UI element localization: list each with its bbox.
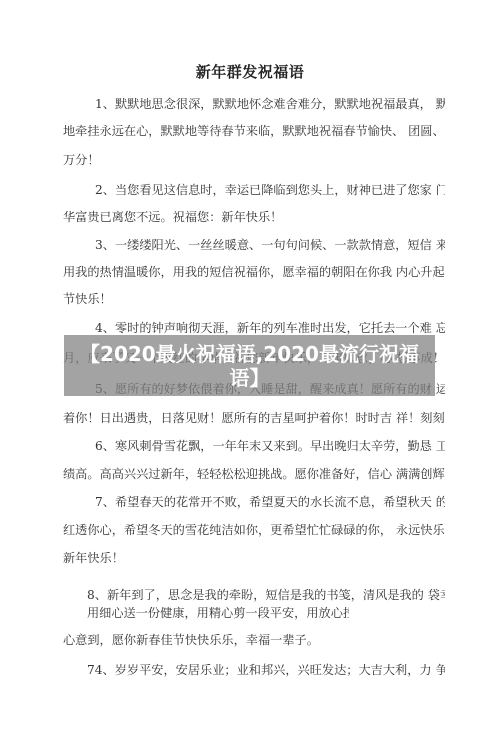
text-line-12: 着你！日出遇贵，日落见财！愿所有的吉星呵护着你！时时吉 祥！刻刻平安！ xyxy=(63,410,445,426)
document-title: 新年群发祝福语 xyxy=(0,62,500,82)
text-line-21: 74、岁岁平安，安居乐业；业和邦兴，兴旺发达；大吉大利，力 争上 xyxy=(87,662,445,678)
text-line-8: 节快乐！ xyxy=(63,291,445,307)
text-line-16: 红透你心，希望冬天的雪花纯洁如你，更希望忙忙碌碌的你， 永远快乐幸福！ xyxy=(63,522,445,538)
text-line-14: 绩高。高高兴兴过新年，轻轻松松迎挑战。愿你准备好，信心 满满创辉煌！ xyxy=(63,466,445,482)
text-line-6: 3、一缕缕阳光、一丝丝暖意、一句句问候、一款款情意，短信 来了， xyxy=(95,237,445,253)
text-line-2: 地牵挂永远在心，默默地等待春节来临，默默地祝福春节愉快、 团圆、欣喜 xyxy=(63,123,445,139)
text-line-1: 1、默默地思念很深，默默地怀念难舍难分，默默地祝福最真， 默默 xyxy=(95,96,445,112)
text-line-7: 用我的热情温暖你，用我的短信祝福你，愿幸福的朝阳在你我 内心升起！春 xyxy=(63,264,445,280)
text-line-19: 用细心送一份健康，用精心剪一段平安，用放心投一颗梦想。 xyxy=(87,605,349,621)
text-line-18: 8、新年到了，思念是我的牵盼，短信是我的书笺，清风是我的 袋幸福， xyxy=(87,587,445,603)
text-line-13: 6、寒风刺骨雪花飘，一年年末又来到。早出晚归太辛劳，勤恳 工作业 xyxy=(95,438,445,454)
text-line-20: 心意到，愿你新春佳节快快乐乐，幸福一辈子。 xyxy=(63,632,445,648)
text-line-17: 新年快乐！ xyxy=(63,550,445,566)
text-line-3: 万分！ xyxy=(63,152,445,168)
text-line-15: 7、希望春天的花常开不败，希望夏天的水长流不息，希望秋天 的枫叶 xyxy=(95,494,445,510)
text-line-9: 4、零时的钟声响彻天涯，新年的列车准时出发，它托去一个难 忘的岁 xyxy=(95,320,445,336)
banner-title: 【2020最火祝福语,2020最流行祝福语】 xyxy=(64,342,435,390)
text-line-5: 华富贵已离您不远。祝福您：新年快乐！ xyxy=(63,209,445,225)
document-page: 新年群发祝福语 1、默默地思念很深，默默地怀念难舍难分，默默地祝福最真， 默默 … xyxy=(0,0,500,730)
text-line-4: 2、当您看见这信息时，幸运已降临到您头上，财神已进了您家 门，荣 xyxy=(95,182,445,198)
title-overlay-banner[interactable]: 【2020最火祝福语,2020最流行祝福语】 xyxy=(64,335,435,396)
